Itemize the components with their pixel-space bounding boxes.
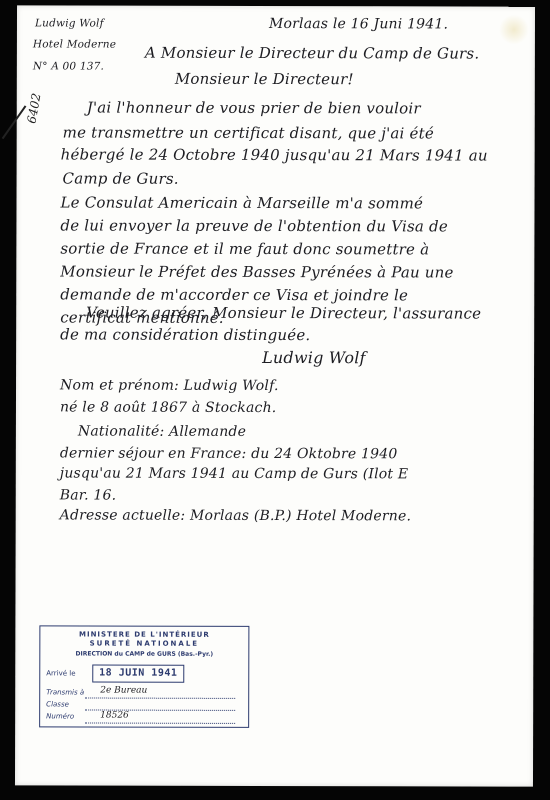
sender-address: Hotel Moderne — [33, 38, 116, 50]
stamp-arrive-date: 18 JUIN 1941 — [92, 665, 184, 683]
info-line: Nationalité: Allemande — [78, 423, 246, 439]
stamp-arrive-label: Arrivé le — [46, 669, 75, 677]
info-line: Nom et prénom: Ludwig Wolf. — [60, 377, 279, 394]
body-line: hébergé le 24 Octobre 1940 jusqu'au 21 M… — [61, 145, 488, 164]
recipient-line: A Monsieur le Directeur du Camp de Gurs. — [145, 44, 479, 63]
stamp-numero-value: 18526 — [100, 711, 129, 721]
body-line: Le Consulat Americain à Marseille m'a so… — [60, 193, 423, 212]
letter-body: J'ai l'honneur de vous prier de bien vou… — [17, 5, 535, 6]
body-line: demande de m'accorder ce Visa et joindre… — [60, 285, 408, 304]
body-line: Veuillez agréer, Monsieur le Directeur, … — [86, 304, 481, 323]
stamp-numero-dots — [85, 722, 235, 724]
stamp-classe-label: Classe — [46, 700, 69, 708]
sender-number: N° A 00 137. — [33, 60, 104, 72]
info-line: jusqu'au 21 Mars 1941 au Camp de Gurs (I… — [60, 465, 409, 482]
sender-name: Ludwig Wolf — [35, 17, 104, 29]
margin-note: 6402 — [24, 92, 43, 125]
salutation: Monsieur le Directeur! — [175, 70, 354, 88]
stamp-numero-label: Numéro — [46, 712, 74, 720]
letter-page: Ludwig Wolf Hotel Moderne N° A 00 137. 6… — [15, 5, 535, 786]
info-line: né le 8 août 1867 à Stockach. — [60, 399, 277, 416]
arrival-stamp: MINISTERE DE L'INTÉRIEUR SURETÉ NATIONAL… — [39, 625, 249, 728]
stamp-transmis-value: 2e Bureau — [100, 686, 147, 696]
stamp-surete: SURETÉ NATIONALE — [40, 639, 248, 648]
info-line: Adresse actuelle: Morlaas (B.P.) Hotel M… — [60, 507, 411, 524]
body-line: me transmettre un certificat disant, que… — [63, 123, 434, 142]
body-line: de lui envoyer la preuve de l'obtention … — [60, 216, 448, 235]
stamp-direction: DIRECTION du CAMP de GURS (Bas.-Pyr.) — [40, 650, 248, 658]
paper-stain — [499, 15, 529, 45]
stamp-ministry: MINISTERE DE L'INTÉRIEUR — [40, 630, 248, 639]
body-line: Camp de Gurs. — [63, 169, 179, 187]
body-line: de ma considération distinguée. — [60, 325, 310, 344]
date-line: Morlaas le 16 Juni 1941. — [269, 16, 448, 32]
stamp-transmis-label: Transmis à — [46, 688, 84, 696]
body-line: sortie de France et il me faut donc soum… — [60, 239, 429, 258]
margin-slash — [2, 105, 27, 139]
info-line: Bar. 16. — [60, 487, 117, 503]
personal-info: Nom et prénom: Ludwig Wolf.né le 8 août … — [17, 5, 535, 6]
stamp-transmis-dots — [85, 697, 235, 699]
info-line: dernier séjour en France: du 24 Oktobre … — [60, 445, 398, 462]
body-line: Monsieur le Préfet des Basses Pyrénées à… — [60, 262, 453, 281]
body-line: J'ai l'honneur de vous prier de bien vou… — [87, 99, 421, 118]
signature: Ludwig Wolf — [262, 348, 366, 367]
